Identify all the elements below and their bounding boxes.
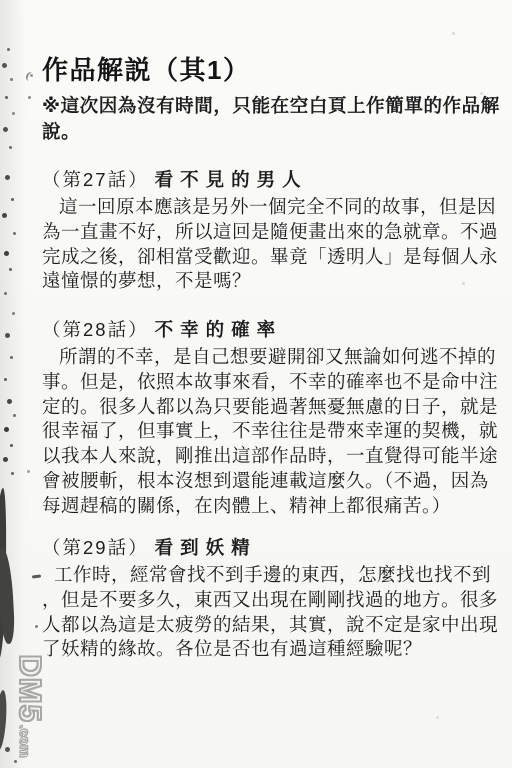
text-line: 人都以為這是太疲勞的結果，其實，說不定是家中出現 bbox=[42, 613, 500, 638]
text-line: 工作時，經常會找不到手邊的東西，怎麼找也找不到 bbox=[42, 563, 500, 588]
text-line: 很幸福了，但事實上，不幸往往是帶來幸運的契機，就 bbox=[42, 419, 500, 444]
section-paragraph-ep27: 這一回原本應該是另外一個完全不同的故事，但是因 為一直畫不好，所以這回是隨便畫出… bbox=[42, 195, 500, 294]
episode-title: 看不見的男人 bbox=[155, 171, 308, 191]
scan-artifact-squiggle bbox=[24, 71, 36, 84]
dm5-watermark-logo: DM5 .com bbox=[4, 654, 56, 758]
section-heading-ep29: （第29話）看到妖精 bbox=[42, 536, 257, 561]
author-note: ※這次因為沒有時間，只能在空白頁上作簡單的作品解 說。 bbox=[42, 93, 500, 144]
section-paragraph-ep29: 工作時，經常會找不到手邊的東西，怎麼找也找不到 ，但是不要多久，東西又出現在剛剛… bbox=[42, 563, 500, 662]
episode-title: 看到妖精 bbox=[155, 539, 257, 559]
text-line: 了妖精的緣故。各位是否也有過這種經驗呢？ bbox=[42, 637, 500, 662]
section-heading-ep27: （第27話）看不見的男人 bbox=[42, 168, 308, 193]
watermark-brand-text: DM5 bbox=[12, 654, 48, 722]
text-line: 事。但是，依照本故事來看，不幸的確率也不是命中注 bbox=[42, 370, 500, 395]
episode-label: （第27話） bbox=[42, 169, 149, 190]
section-paragraph-ep28: 所謂的不幸，是自己想要避開卻又無論如何逃不掉的 事。但是，依照本故事來看，不幸的… bbox=[42, 345, 500, 519]
text-line: 會被腰斬，根本沒想到還能連載這麼久。（不過，因為 bbox=[42, 469, 500, 494]
note-line: 說。 bbox=[42, 119, 500, 145]
text-line: 定的。很多人都以為只要能過著無憂無慮的日子，就是 bbox=[42, 395, 500, 420]
scan-artifact-dash bbox=[32, 574, 41, 578]
note-line: ※這次因為沒有時間，只能在空白頁上作簡單的作品解 bbox=[42, 93, 500, 119]
text-line: 完成之後，卻相當受歡迎。畢竟「透明人」是每個人永 bbox=[42, 245, 500, 270]
episode-title: 不幸的確率 bbox=[155, 321, 283, 341]
text-line: 遠憧憬的夢想，不是嗎？ bbox=[42, 269, 500, 294]
episode-label: （第28話） bbox=[42, 319, 149, 340]
scanned-page: 作品解説（其1） ※這次因為沒有時間，只能在空白頁上作簡單的作品解 說。 （第2… bbox=[0, 0, 512, 768]
episode-label: （第29話） bbox=[42, 537, 149, 558]
text-line: 為一直畫不好，所以這回是隨便畫出來的急就章。不過 bbox=[42, 220, 500, 245]
text-line: 每週趕稿的關係，在肉體上、精神上都很痛苦。） bbox=[42, 494, 500, 519]
page-title: 作品解説（其1） bbox=[42, 54, 250, 86]
watermark-domain-text: .com bbox=[17, 725, 33, 758]
text-line: ，但是不要多久，東西又出現在剛剛找過的地方。很多 bbox=[42, 588, 500, 613]
scan-noise-specks bbox=[0, 0, 3, 3]
scan-ink-blotch bbox=[0, 548, 16, 645]
text-line: 這一回原本應該是另外一個完全不同的故事，但是因 bbox=[42, 195, 500, 220]
section-heading-ep28: （第28話）不幸的確率 bbox=[42, 318, 282, 343]
text-line: 所謂的不幸，是自己想要避開卻又無論如何逃不掉的 bbox=[42, 345, 500, 370]
text-line: 以我本人來說，剛推出這部作品時，一直覺得可能半途 bbox=[42, 444, 500, 469]
